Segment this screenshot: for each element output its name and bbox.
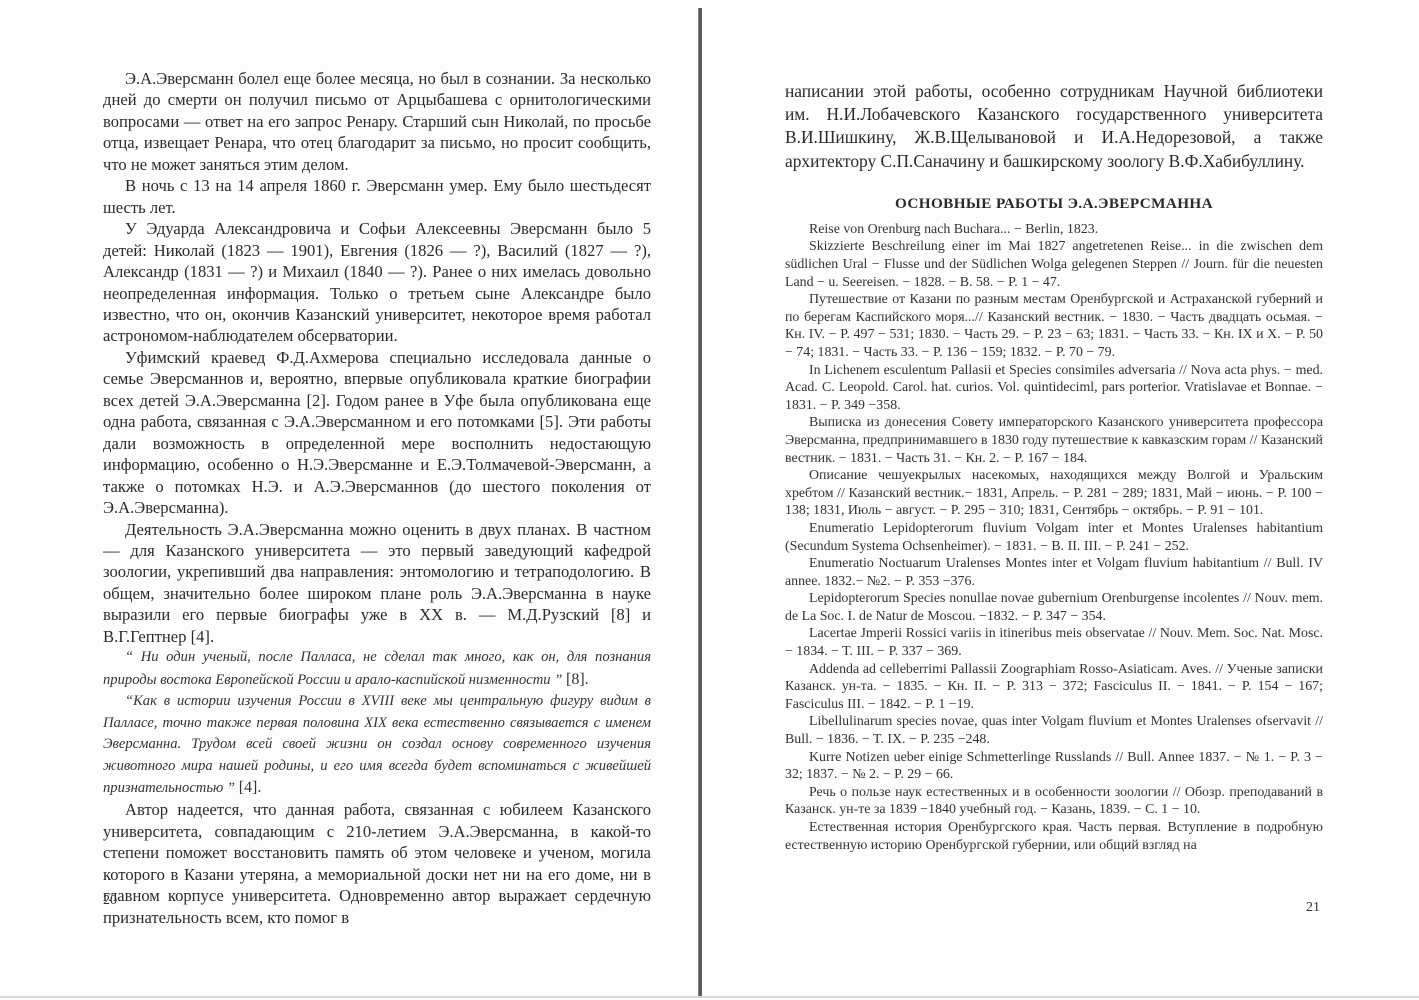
quote-heptner: “Как в истории изучения России в XVIII в…: [103, 691, 651, 799]
bibliography-entry: Lacertae Jmperii Rossici variis in itine…: [785, 625, 1323, 660]
page-bottom-edge: [0, 996, 1419, 998]
paragraph: Уфимский краевед Ф.Д.Ахмерова специально…: [103, 347, 651, 519]
quote-text: “Как в истории изучения России в XVIII в…: [103, 693, 651, 796]
left-page: Э.А.Эверсманн болел еще более месяца, но…: [103, 68, 651, 928]
bibliography-entry: Kurre Notizen ueber einige Schmetterling…: [785, 749, 1323, 784]
bibliography-entry: In Lichenem esculentum Pallasii et Speci…: [785, 362, 1323, 415]
bibliography-entry: Путешествие от Казани по разным местам О…: [785, 291, 1323, 361]
book-spread: Э.А.Эверсманн болел еще более месяца, но…: [0, 0, 1419, 1000]
section-title: ОСНОВНЫЕ РАБОТЫ Э.А.ЭВЕРСМАННА: [785, 195, 1323, 213]
bibliography-entry: Skizzierte Beschreilung einer im Mai 182…: [785, 238, 1323, 291]
bibliography-entry: Речь о пользе наук естественных и в особ…: [785, 784, 1323, 819]
page-number-left: 20: [103, 893, 117, 909]
citation-ref: [8].: [566, 671, 589, 688]
citation-ref: [4].: [239, 779, 262, 796]
right-page: написании этой работы, особенно сотрудни…: [785, 80, 1323, 854]
bibliography-entry: Addenda ad celleberrimi Pallassii Zoogra…: [785, 661, 1323, 714]
bibliography-entry: Libellulinarum species novae, quas inter…: [785, 713, 1323, 748]
bibliography-entry: Выписка из донесения Совету императорско…: [785, 414, 1323, 467]
paragraph: Э.А.Эверсманн болел еще более месяца, но…: [103, 68, 651, 175]
bibliography-entry: Естественная история Оренбургского края.…: [785, 819, 1323, 854]
bibliography-entry: Enumeratio Lepidopterorum fluvium Volgam…: [785, 520, 1323, 555]
bibliography-entry: Reise von Orenburg nach Buchara... − Ber…: [785, 221, 1323, 239]
paragraph: У Эдуарда Александровича и Софьи Алексее…: [103, 218, 651, 347]
quote-ruzsky: “ Ни один ученый, после Палласа, не сдел…: [103, 647, 651, 691]
page-number-right: 21: [1306, 900, 1320, 916]
closing-paragraph: Автор надеется, что данная работа, связа…: [103, 799, 651, 928]
book-gutter: [698, 8, 702, 996]
paragraph: В ночь с 13 на 14 апреля 1860 г. Эверсма…: [103, 175, 651, 218]
bibliography-entry: Lepidopterorum Species nonullae novae gu…: [785, 590, 1323, 625]
bibliography-list: Reise von Orenburg nach Buchara... − Ber…: [785, 221, 1323, 854]
bibliography-entry: Enumeratio Noctuarum Uralenses Montes in…: [785, 555, 1323, 590]
paragraph: Деятельность Э.А.Эверсманна можно оценит…: [103, 519, 651, 648]
bibliography-entry: Описание чешуекрылых насекомых, находящи…: [785, 467, 1323, 520]
continuation-paragraph: написании этой работы, особенно сотрудни…: [785, 80, 1323, 173]
